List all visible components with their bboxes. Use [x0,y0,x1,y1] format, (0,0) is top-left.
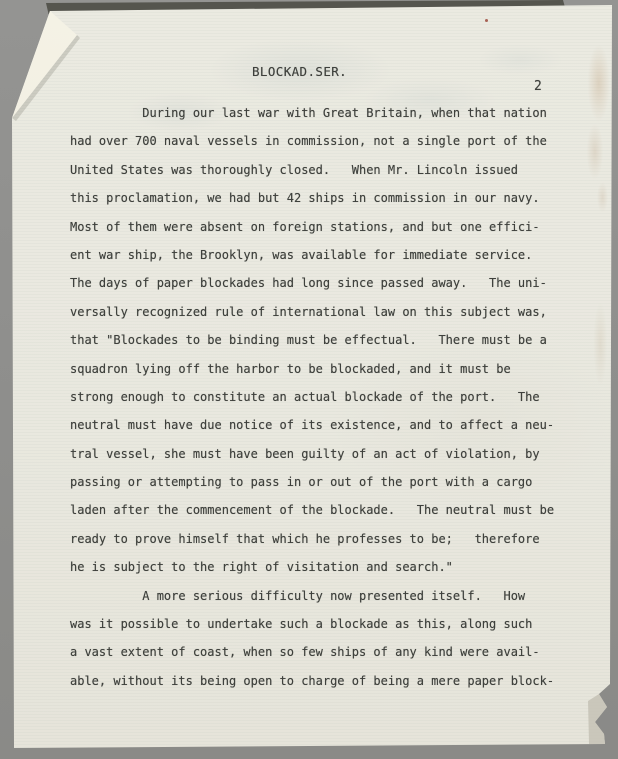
text-line: squadron lying off the harbor to be bloc… [70,355,570,383]
text-line: had over 700 naval vessels in commission… [70,127,570,155]
text-line: versally recognized rule of internationa… [70,298,570,326]
document-body: During our last war with Great Britain, … [70,99,570,695]
text-line: neutral must have due notice of its exis… [70,411,570,439]
text-line: During our last war with Great Britain, … [70,99,570,127]
text-line: that "Blockades to be binding must be ef… [70,326,570,354]
text-line: he is subject to the right of visitation… [70,553,570,581]
text-line: this proclamation, we had but 42 ships i… [70,184,570,212]
document-page: BLOCKAD.SER. 2 During our last war with … [0,0,618,759]
text-line: ready to prove himself that which he pro… [70,525,570,553]
text-line: A more serious difficulty now presented … [70,582,570,610]
text-line: tral vessel, she must have been guilty o… [70,440,570,468]
text-line: Most of them were absent on foreign stat… [70,213,570,241]
text-line: able, without its being open to charge o… [70,667,570,695]
text-line: strong enough to constitute an actual bl… [70,383,570,411]
rust-stain [574,30,612,220]
text-line: ent war ship, the Brooklyn, was availabl… [70,241,570,269]
text-line: United States was thoroughly closed. Whe… [70,156,570,184]
scan-background: BLOCKAD.SER. 2 During our last war with … [0,0,618,759]
text-line: was it possible to undertake such a bloc… [70,610,570,638]
text-line: The days of paper blockades had long sin… [70,269,570,297]
text-line: laden after the commencement of the bloc… [70,496,570,524]
rust-stain [586,280,612,440]
text-line: a vast extent of coast, when so few ship… [70,638,570,666]
ink-speck [485,19,488,22]
page-number: 2 [534,79,542,94]
document-title: BLOCKAD.SER. [252,64,347,79]
text-line: passing or attempting to pass in or out … [70,468,570,496]
